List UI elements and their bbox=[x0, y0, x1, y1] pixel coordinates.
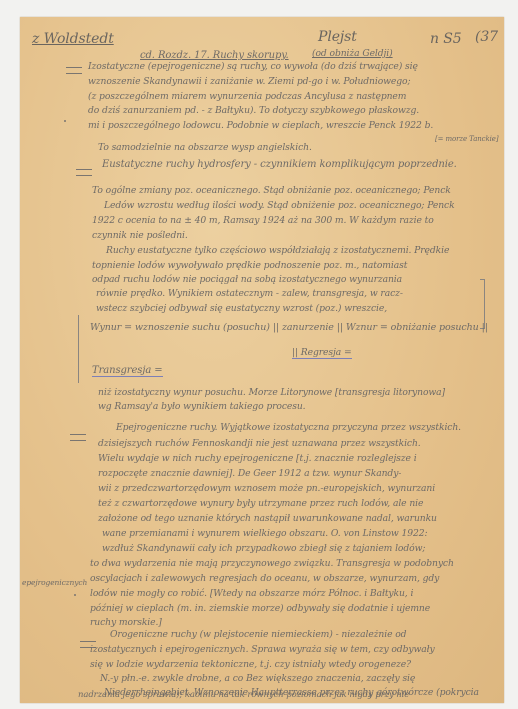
text-line: to dwa wydarzenia nie mają przyczynowego… bbox=[90, 558, 454, 569]
page-title: Plejst bbox=[318, 29, 357, 45]
text-line: się w lodzie wydarzenia tektoniczne, t.j… bbox=[90, 659, 411, 670]
text-line: N.-y płn.-e. zwykle drobne, a co Bez wię… bbox=[100, 673, 415, 684]
text-line: założone od tego uznanie których nastąpi… bbox=[98, 513, 437, 524]
text-line: mi i poszczególnego lodowcu. Podobnie w … bbox=[88, 120, 433, 131]
definition-line: Wynur = wznoszenie suchu (posuchu) || za… bbox=[90, 322, 488, 333]
page-number: (37 bbox=[475, 29, 498, 45]
text-line: izostatycznych i epejrogenicznych. Spraw… bbox=[90, 644, 435, 655]
text-line: To ogólne zmiany poz. oceanicznego. Stąd… bbox=[92, 185, 451, 196]
text-line: 1922 c ocenia to na ± 40 m, Ramsay 1924 … bbox=[92, 215, 434, 226]
text-line: do dziś zanurzaniem pd. - z Bałtyku). To… bbox=[88, 105, 419, 116]
text-line: nadrzania jego sprawia); kaolinu na tak … bbox=[78, 690, 409, 700]
margin-note: epejrogenicznych bbox=[22, 578, 87, 587]
subtitle-aside: (od obniża Geldji) bbox=[312, 48, 393, 59]
text-line: wstecz szybciej odbywał się eustatyczny … bbox=[96, 303, 387, 314]
text-line: Izostatyczne (epejrogeniczne) są ruchy, … bbox=[88, 61, 418, 72]
margin-note: [= morze Tanckie] bbox=[435, 135, 498, 143]
definition-bracket bbox=[78, 315, 79, 383]
section-mark bbox=[70, 434, 86, 441]
text-line: Ledów wzrostu według ilości wody. Stąd o… bbox=[104, 200, 455, 211]
header-left-note: z Woldstedt bbox=[32, 31, 114, 47]
section-heading: Epejrogeniczne ruchy. Wyjątkowe izostaty… bbox=[116, 422, 461, 433]
manuscript-page: z Woldstedt Plejst n S5 (37 cd. Rozdz. 1… bbox=[20, 17, 504, 703]
text-line: wane przemianami i wynurem wielkiego obs… bbox=[102, 528, 427, 539]
text-line: wzdłuż Skandynawii cały ich przypadkowo … bbox=[102, 543, 425, 554]
text-line: równie prędko. Wynikiem ostatecznym - za… bbox=[96, 288, 403, 299]
text-line: też z czwartorzędowe wynury były utrzyma… bbox=[98, 498, 423, 509]
text-line: (z poszczególnem miarem wynurzenia podcz… bbox=[88, 91, 406, 102]
section-mark bbox=[76, 169, 92, 176]
text-line: wg Ramsay'a było wynikiem takiego proces… bbox=[98, 401, 305, 412]
regresja-term: || Regresja = bbox=[292, 347, 352, 358]
text-line: Wielu wydaje w nich ruchy epejrogeniczne… bbox=[98, 453, 417, 464]
text-line: rozpoczęte znacznie dawniej]. De Geer 19… bbox=[98, 468, 401, 479]
text-line: lodów nie mogły co robić. [Wtedy na obsz… bbox=[90, 588, 413, 599]
section-heading: Orogeniczne ruchy (w plejstocenie niemie… bbox=[110, 629, 406, 640]
header-right-note: n S5 bbox=[430, 31, 462, 47]
margin-dot bbox=[74, 594, 76, 596]
section-subtitle: cd. Rozdz. 17. Ruchy skorupy. bbox=[140, 50, 289, 61]
transgresja-term: Transgresja = bbox=[92, 365, 163, 376]
text-line: topnienie lodów wywoływało prędkie podno… bbox=[92, 260, 407, 271]
text-line: wznoszenie Skandynawii i zaniżanie w. Zi… bbox=[88, 76, 410, 87]
text-line: niż izostatyczny wynur posuchu. Morze Li… bbox=[98, 387, 445, 398]
section-mark bbox=[66, 67, 82, 74]
text-line: oscylacjach i zalewowych regresjach do o… bbox=[90, 573, 439, 584]
text-line: odpad ruchu lodów nie pociągał na sobą i… bbox=[92, 274, 402, 285]
text-line: To samodzielnie na obszarze wysp angiels… bbox=[98, 142, 312, 153]
text-line: dzisiejszych ruchów Fennoskandji nie jes… bbox=[98, 438, 421, 449]
section-heading: Eustatyczne ruchy hydrosfery - czynnikie… bbox=[102, 159, 457, 170]
text-line: czynnik nie pośledni. bbox=[92, 230, 188, 241]
margin-dot bbox=[64, 120, 66, 122]
text-line: ruchy morskie.] bbox=[90, 617, 162, 628]
text-line: Ruchy eustatyczne tylko częściowo współd… bbox=[106, 245, 449, 256]
text-line: wii z przedczwartorzędowym wznosem może … bbox=[98, 483, 435, 494]
text-line: później w cieplach (m. in. ziemskie morz… bbox=[90, 603, 430, 614]
